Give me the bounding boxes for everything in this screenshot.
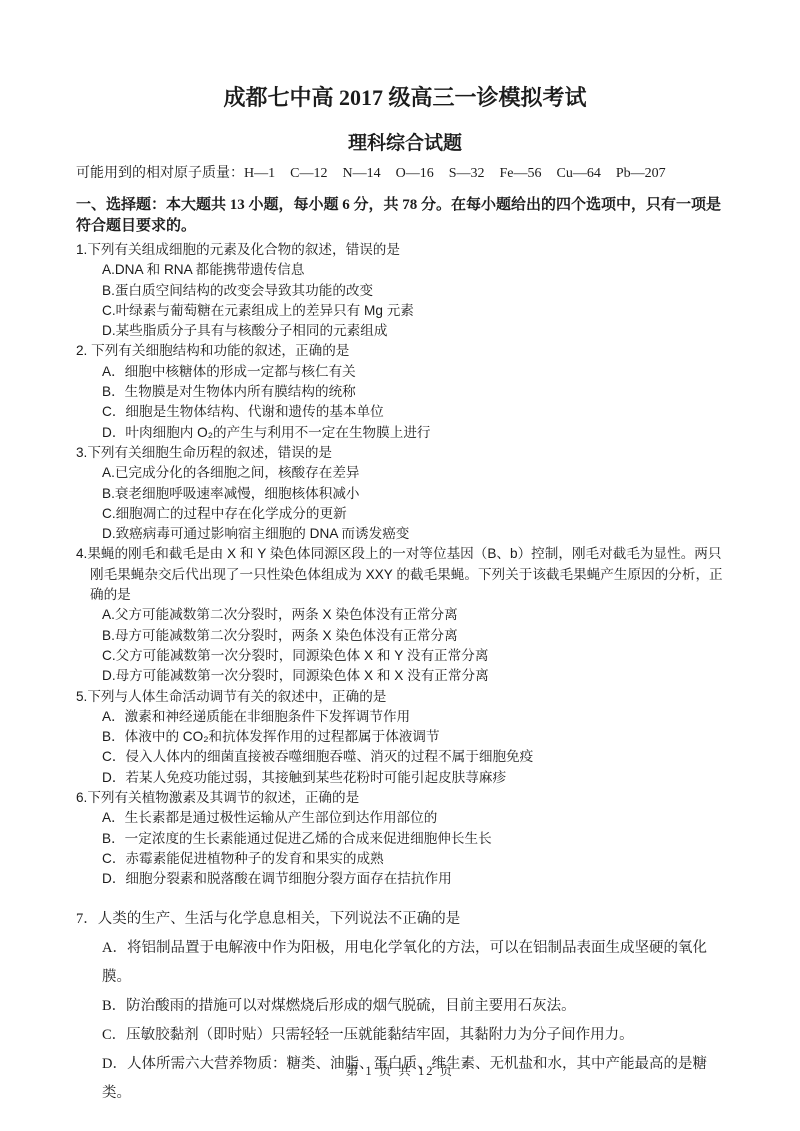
question-stem: 2. 下列有关细胞结构和功能的叙述，正确的是 [76, 341, 734, 361]
atomic-mass-item: Fe—56 [500, 166, 542, 181]
question-stem: 1.下列有关组成细胞的元素及化合物的叙述，错误的是 [76, 240, 734, 260]
question-stem-text: 下列有关组成细胞的元素及化合物的叙述，错误的是 [87, 242, 400, 257]
question-option: A.父方可能减数第二次分裂时，两条 X 染色体没有正常分离 [76, 605, 734, 625]
question-option: B.母方可能减数第二次分裂时，两条 X 染色体没有正常分离 [76, 626, 734, 646]
question-option: A．将铝制品置于电解液中作为阳极，用电化学氧化的方法，可以在铝制品表面生成坚硬的… [76, 934, 734, 992]
question-number: 5. [76, 689, 87, 704]
section-header: 一、选择题：本大题共 13 小题，每小题 6 分，共 78 分。在每小题给出的四… [76, 195, 734, 237]
question-option: A．激素和神经递质能在非细胞条件下发挥调节作用 [76, 707, 734, 727]
question-number: 6. [76, 790, 87, 805]
atomic-mass-item: H—1 [244, 166, 275, 181]
question-5: 5.下列与人体生命活动调节有关的叙述中，正确的是 A．激素和神经递质能在非细胞条… [76, 687, 734, 788]
question-stem-text: 人类的生产、生活与化学息息相关，下列说法不正确的是 [98, 911, 461, 927]
question-stem: 4.果蝇的刚毛和截毛是由 X 和 Y 染色体同源区段上的一对等位基因（B、b）控… [76, 544, 734, 605]
question-option: D．叶肉细胞内 O₂的产生与利用不一定在生物膜上进行 [76, 423, 734, 443]
question-stem-text: 下列有关细胞结构和功能的叙述，正确的是 [87, 343, 349, 358]
atomic-mass-item: C—12 [290, 166, 327, 181]
exam-page: 成都七中高 2017 级高三一诊模拟考试 理科综合试题 可能用到的相对原子质量：… [0, 0, 800, 1131]
question-option: C．压敏胶黏剂（即时贴）只需轻轻一压就能黏结牢固，其黏附力为分子间作用力。 [76, 1021, 734, 1050]
atomic-mass-item: Cu—64 [557, 166, 601, 181]
atomic-masses-label: 可能用到的相对原子质量： [76, 166, 244, 181]
question-stem-text: 下列有关植物激素及其调节的叙述，正确的是 [87, 790, 359, 805]
biology-questions-block: 1.下列有关组成细胞的元素及化合物的叙述，错误的是 A.DNA 和 RNA 都能… [76, 240, 734, 890]
question-option: D．细胞分裂素和脱落酸在调节细胞分裂方面存在拮抗作用 [76, 869, 734, 889]
question-option: B.蛋白质空间结构的改变会导致其功能的改变 [76, 281, 734, 301]
question-2: 2. 下列有关细胞结构和功能的叙述，正确的是 A．细胞中核糖体的形成一定都与核仁… [76, 341, 734, 442]
question-option: C.父方可能减数第一次分裂时，同源染色体 X 和 Y 没有正常分离 [76, 646, 734, 666]
question-option: A.已完成分化的各细胞之间，核酸存在差异 [76, 463, 734, 483]
atomic-mass-item: Pb—207 [616, 166, 666, 181]
atomic-mass-item: N—14 [342, 166, 380, 181]
question-option: B．生物膜是对生物体内所有膜结构的统称 [76, 382, 734, 402]
question-option: D.致癌病毒可通过影响宿主细胞的 DNA 而诱发癌变 [76, 524, 734, 544]
question-option: B．一定浓度的生长素能通过促进乙烯的合成来促进细胞伸长生长 [76, 829, 734, 849]
question-option: C．赤霉素能促进植物种子的发育和果实的成熟 [76, 849, 734, 869]
question-stem: 5.下列与人体生命活动调节有关的叙述中，正确的是 [76, 687, 734, 707]
question-number: 2. [76, 343, 87, 358]
question-option: A.DNA 和 RNA 都能携带遗传信息 [76, 260, 734, 280]
question-4: 4.果蝇的刚毛和截毛是由 X 和 Y 染色体同源区段上的一对等位基因（B、b）控… [76, 544, 734, 686]
question-number: 7． [76, 911, 98, 927]
question-stem-text: 下列有关细胞生命历程的叙述，错误的是 [87, 445, 332, 460]
question-6: 6.下列有关植物激素及其调节的叙述，正确的是 A．生长素都是通过极性运输从产生部… [76, 788, 734, 889]
question-number: 4. [76, 546, 87, 561]
question-option: C.叶绿素与葡萄糖在元素组成上的差异只有 Mg 元素 [76, 301, 734, 321]
page-subtitle: 理科综合试题 [76, 132, 734, 156]
atomic-mass-item: S—32 [449, 166, 485, 181]
page-footer: 第 1 页 共 12 页 [0, 1061, 800, 1079]
question-option: C．侵入人体内的细菌直接被吞噬细胞吞噬、消灭的过程不属于细胞免疫 [76, 747, 734, 767]
question-stem: 3.下列有关细胞生命历程的叙述，错误的是 [76, 443, 734, 463]
question-number: 3. [76, 445, 87, 460]
question-option: B.衰老细胞呼吸速率减慢，细胞核体积减小 [76, 484, 734, 504]
question-option: D.母方可能减数第一次分裂时，同源染色体 X 和 X 没有正常分离 [76, 666, 734, 686]
page-title: 成都七中高 2017 级高三一诊模拟考试 [76, 84, 734, 112]
question-stem: 7．人类的生产、生活与化学息息相关，下列说法不正确的是 [76, 905, 734, 934]
question-option: A．细胞中核糖体的形成一定都与核仁有关 [76, 362, 734, 382]
question-option: D．若某人免疫功能过弱，其接触到某些花粉时可能引起皮肤荨麻疹 [76, 768, 734, 788]
question-option: C．细胞是生物体结构、代谢和遗传的基本单位 [76, 402, 734, 422]
question-option: D.某些脂质分子具有与核酸分子相同的元素组成 [76, 321, 734, 341]
question-stem-text: 下列与人体生命活动调节有关的叙述中，正确的是 [87, 689, 386, 704]
question-option: B．防治酸雨的措施可以对煤燃烧后形成的烟气脱硫，目前主要用石灰法。 [76, 992, 734, 1021]
question-number: 1. [76, 242, 87, 257]
question-3: 3.下列有关细胞生命历程的叙述，错误的是 A.已完成分化的各细胞之间，核酸存在差… [76, 443, 734, 544]
question-option: B．体液中的 CO₂和抗体发挥作用的过程都属于体液调节 [76, 727, 734, 747]
atomic-mass-item: O—16 [396, 166, 434, 181]
atomic-masses-line: 可能用到的相对原子质量：H—1C—12N—14O—16S—32Fe—56Cu—6… [76, 165, 734, 183]
question-1: 1.下列有关组成细胞的元素及化合物的叙述，错误的是 A.DNA 和 RNA 都能… [76, 240, 734, 341]
question-option: A．生长素都是通过极性运输从产生部位到达作用部位的 [76, 808, 734, 828]
question-option: C.细胞凋亡的过程中存在化学成分的更新 [76, 504, 734, 524]
question-stem: 6.下列有关植物激素及其调节的叙述，正确的是 [76, 788, 734, 808]
question-stem-text: 果蝇的刚毛和截毛是由 X 和 Y 染色体同源区段上的一对等位基因（B、b）控制，… [87, 546, 722, 602]
